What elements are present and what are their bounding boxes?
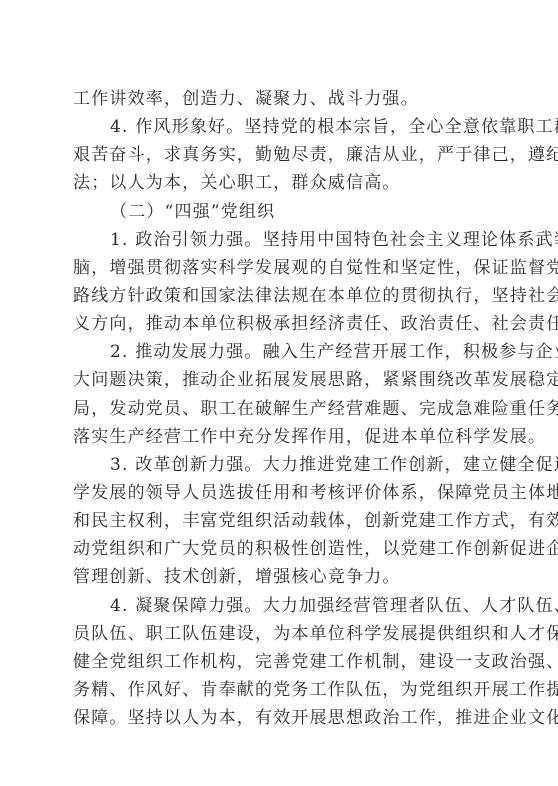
paragraph-development: 2. 推动发展力强。融入生产经营开展工作，积极参与企业重 大问题决策，推动企业拓… bbox=[73, 338, 487, 451]
text-line: 义方向，推动本单位积极承担经济责任、政治责任、社会责任。 bbox=[73, 310, 487, 338]
text-line: 脑，增强贯彻落实科学发展观的自觉性和坚定性，保证监督党的 bbox=[73, 254, 487, 282]
text-line: 落实生产经营工作中充分发挥作用，促进本单位科学发展。 bbox=[73, 423, 487, 451]
paragraph-work-style: 4. 作风形象好。坚持党的根本宗旨，全心全意依靠职工群众； 艰苦奋斗，求真务实，… bbox=[73, 113, 487, 197]
text-line: 2. 推动发展力强。融入生产经营开展工作，积极参与企业重 bbox=[73, 338, 487, 366]
paragraph-continued: 工作讲效率，创造力、凝聚力、战斗力强。 bbox=[73, 85, 487, 113]
text-line: 健全党组织工作机构，完善党建工作机制，建设一支政治强、业 bbox=[73, 648, 487, 676]
text-line: 1. 政治引领力强。坚持用中国特色社会主义理论体系武装头 bbox=[73, 226, 487, 254]
text-line: 学发展的领导人员选拔任用和考核评价体系，保障党员主体地位 bbox=[73, 479, 487, 507]
text-line: 法；以人为本，关心职工，群众威信高。 bbox=[73, 169, 487, 197]
paragraph-innovation: 3. 改革创新力强。大力推进党建工作创新，建立健全促进科 学发展的领导人员选拔任… bbox=[73, 451, 487, 592]
text-line: 务精、作风好、肯奉献的党务工作队伍，为党组织开展工作提供 bbox=[73, 676, 487, 704]
text-line: 路线方针政策和国家法律法规在本单位的贯彻执行，坚持社会主 bbox=[73, 282, 487, 310]
text-line: 局，发动党员、职工在破解生产经营难题、完成急难险重任务、 bbox=[73, 395, 487, 423]
section-heading-four-strong: （二）“四强”党组织 bbox=[73, 198, 487, 226]
text-line: 工作讲效率，创造力、凝聚力、战斗力强。 bbox=[73, 85, 487, 113]
text-line: 动党组织和广大党员的积极性创造性，以党建工作创新促进企业 bbox=[73, 535, 487, 563]
document-page: 工作讲效率，创造力、凝聚力、战斗力强。 4. 作风形象好。坚持党的根本宗旨，全心… bbox=[73, 85, 487, 732]
text-line: 艰苦奋斗，求真务实，勤勉尽责，廉洁从业，严于律己，遵纪守 bbox=[73, 141, 487, 169]
text-line: 管理创新、技术创新，增强核心竞争力。 bbox=[73, 563, 487, 591]
text-line: 4. 作风形象好。坚持党的根本宗旨，全心全意依靠职工群众； bbox=[73, 113, 487, 141]
text-line: 保障。坚持以人为本，有效开展思想政治工作，推进企业文化建 bbox=[73, 704, 487, 732]
text-line: 3. 改革创新力强。大力推进党建工作创新，建立健全促进科 bbox=[73, 451, 487, 479]
section-heading: （二）“四强”党组织 bbox=[73, 198, 487, 226]
paragraph-cohesion: 4. 凝聚保障力强。大力加强经营管理者队伍、人才队伍、党 员队伍、职工队伍建设，… bbox=[73, 592, 487, 733]
text-line: 大问题决策，推动企业拓展发展思路，紧紧围绕改革发展稳定大 bbox=[73, 366, 487, 394]
paragraph-political-leadership: 1. 政治引领力强。坚持用中国特色社会主义理论体系武装头 脑，增强贯彻落实科学发… bbox=[73, 226, 487, 339]
text-line: 和民主权利，丰富党组织活动载体，创新党建工作方式，有效调 bbox=[73, 507, 487, 535]
text-line: 员队伍、职工队伍建设，为本单位科学发展提供组织和人才保证。 bbox=[73, 620, 487, 648]
text-line: 4. 凝聚保障力强。大力加强经营管理者队伍、人才队伍、党 bbox=[73, 592, 487, 620]
